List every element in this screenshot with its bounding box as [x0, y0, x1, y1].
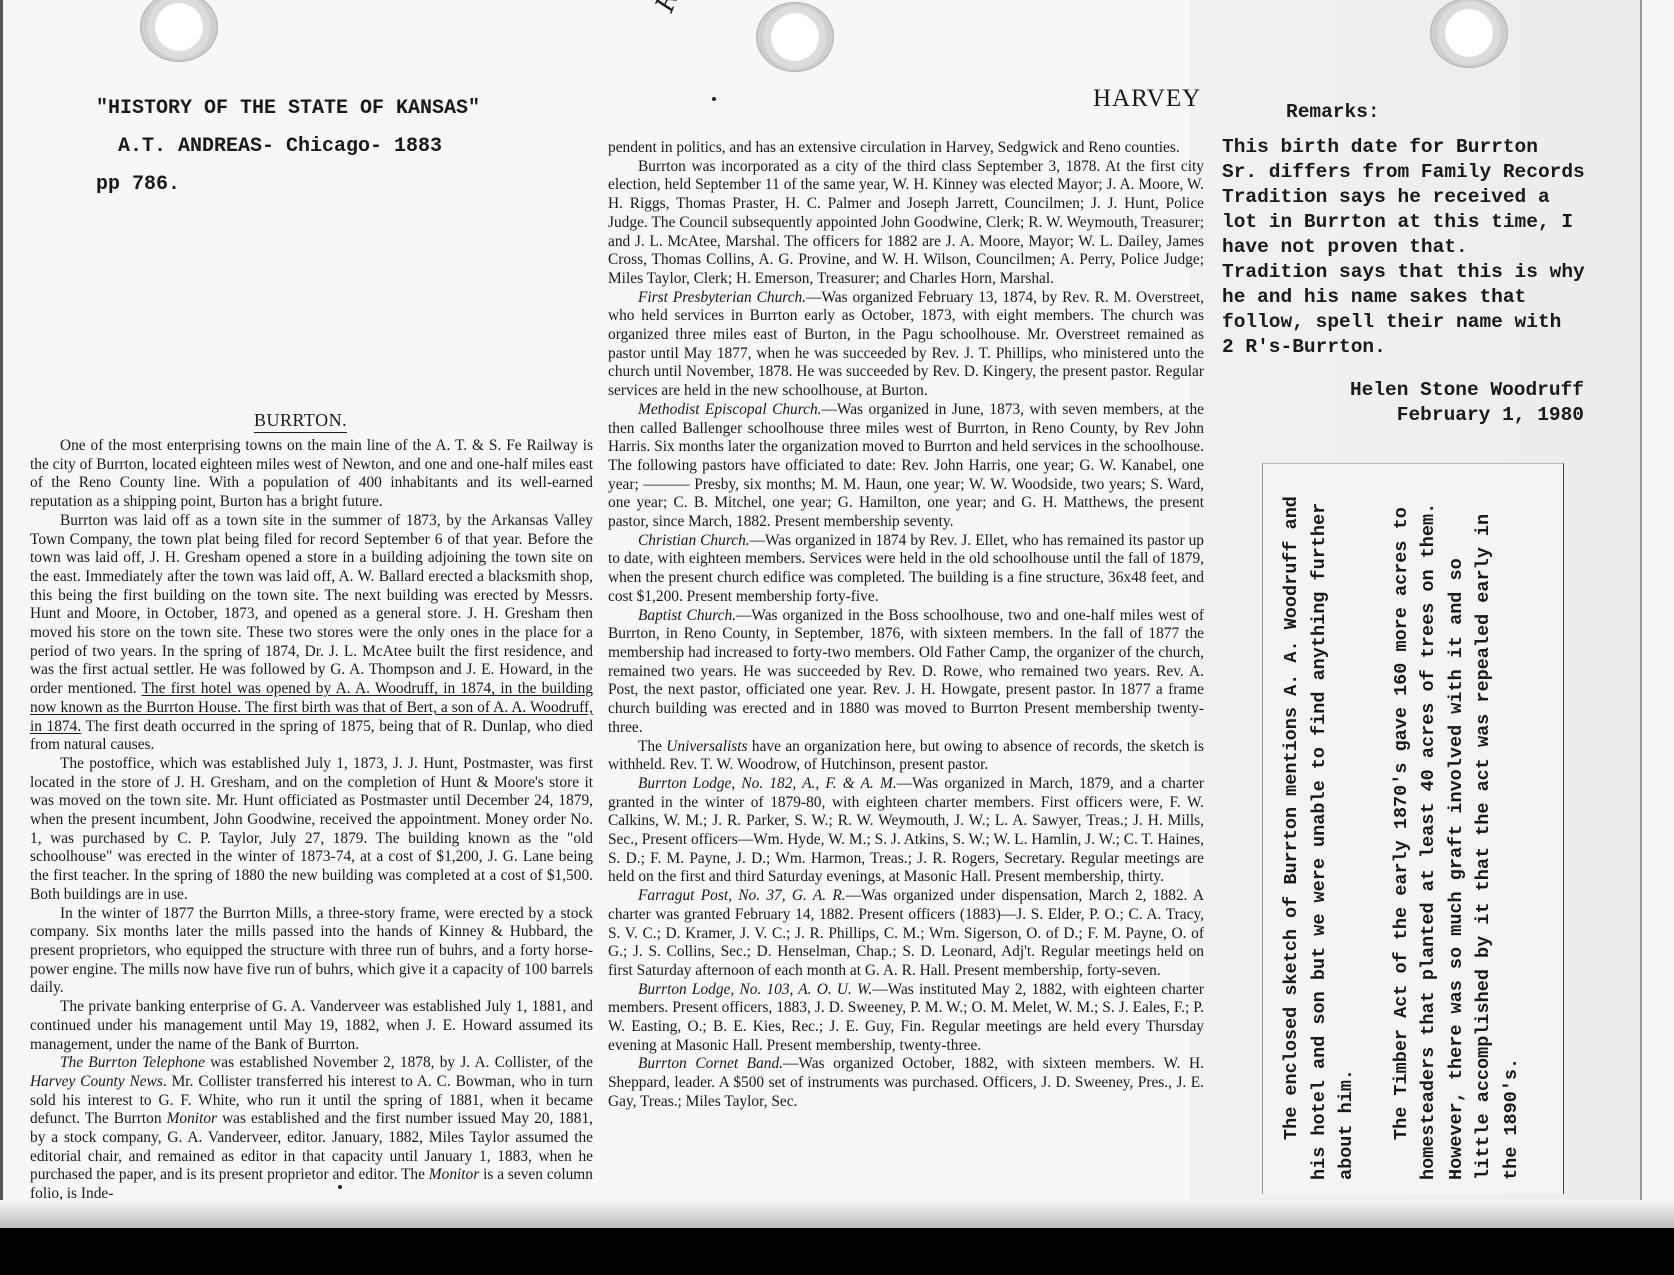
source-citation: "HISTORY OF THE STATE OF KANSAS" A.T. AN… [96, 90, 480, 204]
rotated-typed-note: The enclosed sketch of Burrton mentions … [1278, 490, 1552, 1180]
paragraph-aouw-lodge: Burrton Lodge, No. 103, A. O. U. W.—Was … [608, 981, 1204, 1056]
paragraph-methodist: Methodist Episcopal Church.—Was organize… [608, 401, 1204, 532]
handwritten-reference: Ref26 [650, 0, 705, 16]
speck [338, 1185, 342, 1189]
punch-hole [140, 0, 218, 62]
paragraph: One of the most enterprising towns on th… [30, 437, 593, 512]
remarks-heading: Remarks: [1286, 100, 1622, 125]
paragraph: pendent in politics, and has an extensiv… [608, 139, 1204, 158]
paragraph-baptist: Baptist Church.—Was organized in the Bos… [608, 607, 1204, 738]
citation-author: A.T. ANDREAS- Chicago- 1883 [96, 128, 480, 166]
scan-shadow [0, 1200, 1674, 1228]
paragraph: Burrton was laid off as a town site in t… [30, 512, 593, 755]
paragraph-presbyterian: First Presbyterian Church.—Was organized… [608, 289, 1204, 401]
speck [712, 97, 716, 101]
signature-name: Helen Stone Woodruff [1222, 378, 1622, 403]
note-paragraph: The enclosed sketch of Burrton mentions … [1278, 490, 1361, 1180]
paragraph-christian: Christian Church.—Was organized in 1874 … [608, 532, 1204, 607]
paragraph: Burrton was incorporated as a city of th… [608, 158, 1204, 289]
section-title: BURRTON. [254, 410, 347, 433]
paragraph: The Burrton Telephone was established No… [30, 1054, 593, 1204]
page-edge [0, 0, 3, 1200]
paragraph: The postoffice, which was established Ju… [30, 755, 593, 905]
page-edge [1640, 0, 1642, 1200]
citation-pages: pp 786. [96, 166, 480, 204]
note-paragraph: The Timber Act of the early 1870's gave … [1388, 490, 1526, 1180]
punch-hole [1430, 0, 1508, 68]
article-column-right: pendent in politics, and has an extensiv… [608, 139, 1204, 1112]
remarks-note: Remarks: This birth date for Burrton Sr.… [1222, 100, 1622, 428]
paragraph-masonic-lodge: Burrton Lodge, No. 182, A., F. & A. M.—W… [608, 775, 1204, 887]
paragraph-cornet-band: Burrton Cornet Band.—Was organized Octob… [608, 1055, 1204, 1111]
citation-title: "HISTORY OF THE STATE OF KANSAS" [96, 90, 480, 128]
running-head: HARVEY [1093, 85, 1201, 113]
punch-hole [756, 2, 834, 72]
scan-border [0, 1228, 1674, 1275]
paragraph-gar-post: Farragut Post, No. 37, G. A. R.—Was orga… [608, 887, 1204, 981]
remarks-body: This birth date for Burrton Sr. differs … [1222, 135, 1622, 360]
paragraph: The private banking enterprise of G. A. … [30, 998, 593, 1054]
paragraph: In the winter of 1877 the Burrton Mills,… [30, 905, 593, 999]
article-column-left: One of the most enterprising towns on th… [30, 437, 593, 1204]
signature-date: February 1, 1980 [1222, 403, 1622, 428]
paragraph-universalist: The Universalists have an organization h… [608, 738, 1204, 775]
